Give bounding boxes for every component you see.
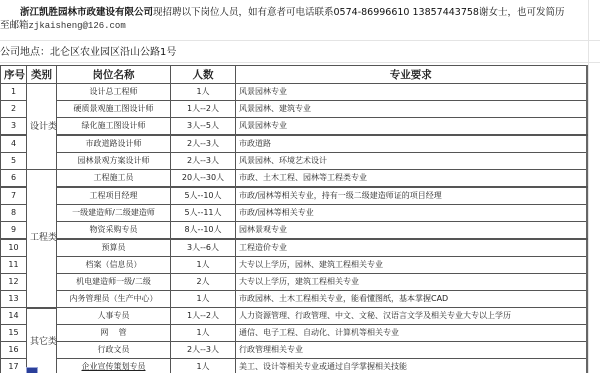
row-count: 2人--3人 bbox=[171, 135, 236, 153]
row-position: 一级建造师/二级建造师 bbox=[57, 205, 171, 222]
category-other: 其它类 bbox=[27, 308, 57, 373]
table-row: 6 工程类 工程施工员 20人--30人 市政、土木工程、园林等工程类专业 bbox=[1, 170, 587, 188]
table-row: 14 其它类 人事专员 1人--2人 人力资源管理、行政管理、中文、文秘、汉语言… bbox=[1, 308, 587, 325]
comment-indicator-icon[interactable] bbox=[26, 367, 38, 373]
intro-text: 现招聘以下岗位人员，如有意者可电话联系0574-86996610 1385744… bbox=[153, 7, 564, 18]
table-row: 2 硬质景观施工图设计师 1人--2人 风景园林、建筑专业 bbox=[1, 101, 587, 118]
header-position: 岗位名称 bbox=[57, 66, 171, 84]
row-count: 5人--10人 bbox=[171, 187, 236, 205]
row-count: 1人 bbox=[171, 84, 236, 101]
row-no: 10 bbox=[1, 239, 27, 257]
table-row: 7 工程项目经理 5人--10人 市政/园林等相关专业，持有一级二级建造师证的项… bbox=[1, 187, 587, 205]
row-no: 16 bbox=[1, 342, 27, 359]
row-count: 1人 bbox=[171, 325, 236, 342]
row-requirement: 风景园林、环境艺术设计 bbox=[236, 153, 587, 170]
row-no: 8 bbox=[1, 205, 27, 222]
table-row: 17 企业宣传策划专员 1人 美工、设计等相关专业或通过自学掌握相关技能 bbox=[1, 359, 587, 373]
row-requirement: 市政/园林等相关专业 bbox=[236, 205, 587, 222]
row-requirement: 人力资源管理、行政管理、中文、文秘、汉语言文学及相关专业大专以上学历 bbox=[236, 308, 587, 325]
row-requirement: 风景园林、建筑专业 bbox=[236, 101, 587, 118]
row-position: 绿化施工图设计师 bbox=[57, 118, 171, 136]
header-count: 人数 bbox=[171, 66, 236, 84]
row-position: 工程施工员 bbox=[57, 170, 171, 188]
row-count: 5人--11人 bbox=[171, 205, 236, 222]
jobs-table: 序号 类别 岗位名称 人数 专业要求 1 设计类 设计总工程师 1人 风景园林专… bbox=[0, 65, 588, 373]
row-no: 3 bbox=[1, 118, 27, 136]
row-requirement: 大专以上学历，园林、建筑工程相关专业 bbox=[236, 257, 587, 274]
row-count: 3人--5人 bbox=[171, 118, 236, 136]
row-no: 14 bbox=[1, 308, 27, 325]
row-no: 17 bbox=[1, 359, 27, 373]
row-no: 5 bbox=[1, 153, 27, 170]
row-position: 行政文员 bbox=[57, 342, 171, 359]
row-no: 2 bbox=[1, 101, 27, 118]
row-count: 1人--2人 bbox=[171, 101, 236, 118]
row-position: 物资采购专员 bbox=[57, 222, 171, 240]
row-position: 市政道路设计师 bbox=[57, 135, 171, 153]
table-row: 9 物资采购专员 8人--10人 园林景观专业 bbox=[1, 222, 587, 240]
sheet-gridline bbox=[588, 0, 589, 373]
table-row: 4 市政道路设计师 2人--3人 市政道路 bbox=[1, 135, 587, 153]
row-position: 设计总工程师 bbox=[57, 84, 171, 101]
row-count: 2人--3人 bbox=[171, 342, 236, 359]
row-position: 预算员 bbox=[57, 239, 171, 257]
row-requirement: 园林景观专业 bbox=[236, 222, 587, 240]
category-engineering: 工程类 bbox=[27, 170, 57, 308]
row-position: 企业宣传策划专员 bbox=[57, 359, 171, 373]
row-requirement: 行政管理相关专业 bbox=[236, 342, 587, 359]
table-row: 16 行政文员 2人--3人 行政管理相关专业 bbox=[1, 342, 587, 359]
table-row: 12 机电建造师一级/二级 2人 大专以上学历，建筑工程相关专业 bbox=[1, 274, 587, 291]
row-requirement: 工程造价专业 bbox=[236, 239, 587, 257]
intro-line-2: 至邮箱zjkaisheng@126.com bbox=[0, 19, 580, 33]
sheet-gridline bbox=[0, 62, 600, 63]
table-row: 13 内务管理员（生产中心） 1人 市政园林、土木工程相关专业，能看懂图纸，基本… bbox=[1, 291, 587, 308]
row-count: 1人 bbox=[171, 257, 236, 274]
row-count: 1人--2人 bbox=[171, 308, 236, 325]
row-position: 网 管 bbox=[57, 325, 171, 342]
table-row: 5 园林景观方案设计师 2人--3人 风景园林、环境艺术设计 bbox=[1, 153, 587, 170]
row-no: 9 bbox=[1, 222, 27, 240]
table-row: 1 设计类 设计总工程师 1人 风景园林专业 bbox=[1, 84, 587, 101]
row-count: 1人 bbox=[171, 291, 236, 308]
email-prefix: 至邮箱 bbox=[0, 20, 29, 31]
row-requirement: 风景园林专业 bbox=[236, 84, 587, 101]
row-requirement: 通信、电子工程、自动化、计算机等相关专业 bbox=[236, 325, 587, 342]
row-no: 6 bbox=[1, 170, 27, 188]
row-requirement: 市政/园林等相关专业，持有一级二级建造师证的项目经理 bbox=[236, 187, 587, 205]
row-requirement: 市政、土木工程、园林等工程类专业 bbox=[236, 170, 587, 188]
row-requirement: 大专以上学历，建筑工程相关专业 bbox=[236, 274, 587, 291]
company-address: 公司地点：北仑区农业园区沿山公路1号 bbox=[0, 46, 176, 59]
row-position: 人事专员 bbox=[57, 308, 171, 325]
recruitment-intro: 浙江凯胜园林市政建设有限公司现招聘以下岗位人员，如有意者可电话联系0574-86… bbox=[0, 6, 580, 33]
email-address: zjkaisheng@126.com bbox=[29, 21, 126, 31]
row-no: 12 bbox=[1, 274, 27, 291]
row-no: 15 bbox=[1, 325, 27, 342]
row-no: 13 bbox=[1, 291, 27, 308]
row-count: 2人--3人 bbox=[171, 153, 236, 170]
row-position: 硬质景观施工图设计师 bbox=[57, 101, 171, 118]
header-requirement: 专业要求 bbox=[236, 66, 587, 84]
table-row: 10 预算员 3人--6人 工程造价专业 bbox=[1, 239, 587, 257]
header-category: 类别 bbox=[27, 66, 57, 84]
table-row: 11 档案（信息员） 1人 大专以上学历，园林、建筑工程相关专业 bbox=[1, 257, 587, 274]
row-position: 档案（信息员） bbox=[57, 257, 171, 274]
row-no: 4 bbox=[1, 135, 27, 153]
row-count: 3人--6人 bbox=[171, 239, 236, 257]
header-no: 序号 bbox=[1, 66, 27, 84]
sheet-gridline bbox=[0, 40, 600, 41]
row-no: 1 bbox=[1, 84, 27, 101]
intro-line-1: 浙江凯胜园林市政建设有限公司现招聘以下岗位人员，如有意者可电话联系0574-86… bbox=[0, 6, 580, 19]
row-count: 8人--10人 bbox=[171, 222, 236, 240]
row-position: 机电建造师一级/二级 bbox=[57, 274, 171, 291]
row-count: 1人 bbox=[171, 359, 236, 373]
row-count: 2人 bbox=[171, 274, 236, 291]
company-name: 浙江凯胜园林市政建设有限公司 bbox=[20, 7, 153, 18]
category-design: 设计类 bbox=[27, 84, 57, 170]
table-row: 3 绿化施工图设计师 3人--5人 风景园林专业 bbox=[1, 118, 587, 136]
row-position: 园林景观方案设计师 bbox=[57, 153, 171, 170]
table-row: 8 一级建造师/二级建造师 5人--11人 市政/园林等相关专业 bbox=[1, 205, 587, 222]
table-header-row: 序号 类别 岗位名称 人数 专业要求 bbox=[1, 66, 587, 84]
row-count: 20人--30人 bbox=[171, 170, 236, 188]
row-position: 工程项目经理 bbox=[57, 187, 171, 205]
row-no: 7 bbox=[1, 187, 27, 205]
row-no: 11 bbox=[1, 257, 27, 274]
row-requirement: 市政道路 bbox=[236, 135, 587, 153]
row-requirement: 风景园林专业 bbox=[236, 118, 587, 136]
row-position: 内务管理员（生产中心） bbox=[57, 291, 171, 308]
row-requirement: 美工、设计等相关专业或通过自学掌握相关技能 bbox=[236, 359, 587, 373]
table-row: 15 网 管 1人 通信、电子工程、自动化、计算机等相关专业 bbox=[1, 325, 587, 342]
row-requirement: 市政园林、土木工程相关专业，能看懂图纸，基本掌握CAD bbox=[236, 291, 587, 308]
